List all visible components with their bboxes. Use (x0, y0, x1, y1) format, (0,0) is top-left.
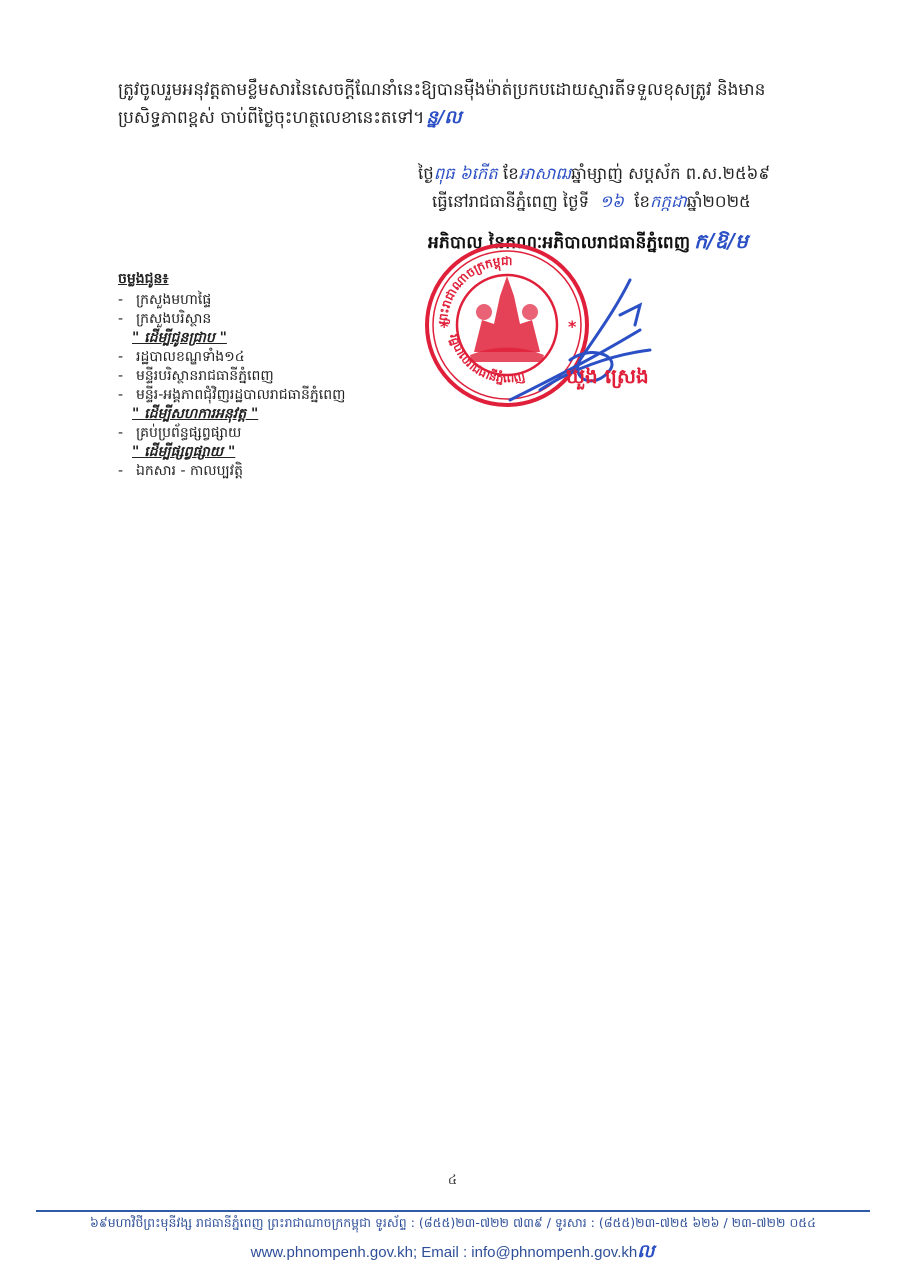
cc-item-text: ក្រសួងមហាផ្ទៃ (136, 292, 211, 308)
footer-divider (36, 1210, 870, 1212)
cc-item-text: ឯកសារ - កាលប្បវត្តិ (136, 463, 243, 479)
closing-paragraph: ត្រូវចូលរួមអនុវត្តតាមខ្លឹមសារនៃសេចក្ដីណែ… (118, 76, 868, 132)
cc-item-text: គ្រប់ប្រព័ន្ធផ្សព្វផ្សាយ (136, 425, 241, 441)
cc-note: " ដើម្បីផ្សព្វផ្សាយ " (118, 443, 418, 462)
cc-item-text: មន្ទីរ-អង្គភាពជុំវិញរដ្ឋបាលរាជធានីភ្នំពេ… (136, 387, 345, 403)
cc-item: -ក្រសួងមហាផ្ទៃ (118, 291, 418, 310)
cc-note: " ដើម្បីជូនជ្រាប " (118, 329, 418, 348)
cc-item: -រដ្ឋបាលខណ្ឌទាំង១៤ (118, 348, 418, 367)
footer-handwritten-initial: ល (637, 1241, 654, 1261)
solar-date-line: ធ្វើនៅរាជធានីភ្នំពេញ ថ្ងៃទី ១៦ ខែកក្កដាឆ… (418, 188, 888, 216)
lunar-date-line: ថ្ងៃពុធ ៦កើត ខែអាសាឍឆ្នាំម្សាញ់ សប្តស័ក … (418, 160, 888, 188)
cc-item: -មន្ទីរ-អង្គភាពជុំវិញរដ្ឋបាលរាជធានីភ្នំព… (118, 386, 418, 405)
paragraph-line-1: ត្រូវចូលរួមអនុវត្តតាមខ្លឹមសារនៃសេចក្ដីណែ… (118, 76, 868, 104)
handwritten-initials: ន្ន/ល (426, 107, 461, 128)
cc-note-text: " ដើម្បីសហការអនុវត្ត " (132, 406, 258, 422)
year-text: ឆ្នាំ២០២៥ (687, 192, 751, 211)
lunar-day-label: ថ្ងៃ (418, 164, 434, 183)
lunar-month-label: ខែ (503, 164, 519, 183)
paragraph-line-2: ប្រសិទ្ធភាពខ្ពស់ ចាប់ពីថ្ងៃចុះហត្ថលេខានេ… (118, 104, 868, 132)
page-number: ៤ (0, 1172, 905, 1191)
title-initials: ក/ឱ/ម (694, 229, 748, 253)
footer-contact: www.phnompenh.gov.kh; Email : info@phnom… (0, 1239, 905, 1266)
cc-item: -ឯកសារ - កាលប្បវត្តិ (118, 462, 418, 481)
cc-item: -ក្រសួងបរិស្ថាន (118, 310, 418, 329)
month-label: ខែ (634, 192, 650, 211)
lunar-year-text: ឆ្នាំម្សាញ់ សប្តស័ក ព.ស.២៥៦៩ (571, 164, 770, 183)
signatory-name: ឃួង ស្រេង (566, 363, 649, 393)
cc-item-text: រដ្ឋបាលខណ្ឌទាំង១៤ (136, 349, 245, 365)
cc-note-text: " ដើម្បីផ្សព្វផ្សាយ " (132, 444, 235, 460)
lunar-month-handwritten: អាសាឍ (519, 164, 571, 183)
copies-to-heading: ចម្លងជូន៖ (118, 270, 418, 289)
day-handwritten: ១៦ (600, 192, 624, 211)
cc-item: -មន្ទីរបរិស្ថានរាជធានីភ្នំពេញ (118, 367, 418, 386)
cc-note-text: " ដើម្បីជូនជ្រាប " (132, 330, 227, 346)
footer-address: ៦៩មហាវិថីព្រះមុនីវង្ស រាជធានីភ្នំពេញ ព្រ… (36, 1215, 870, 1234)
copies-to-list: ចម្លងជូន៖ -ក្រសួងមហាផ្ទៃ -ក្រសួងបរិស្ថាន… (118, 270, 418, 481)
date-block: ថ្ងៃពុធ ៦កើត ខែអាសាឍឆ្នាំម្សាញ់ សប្តស័ក … (418, 160, 888, 216)
cc-item-text: ក្រសួងបរិស្ថាន (136, 311, 211, 327)
place-date-label: ធ្វើនៅរាជធានីភ្នំពេញ ថ្ងៃទី (432, 192, 589, 211)
cc-item: -គ្រប់ប្រព័ន្ធផ្សព្វផ្សាយ (118, 424, 418, 443)
cc-item-text: មន្ទីរបរិស្ថានរាជធានីភ្នំពេញ (136, 368, 274, 384)
footer-web-email: www.phnompenh.gov.kh; Email : info@phnom… (251, 1244, 638, 1261)
lunar-day-handwritten: ពុធ ៦កើត (434, 164, 498, 183)
paragraph-line-2-text: ប្រសិទ្ធភាពខ្ពស់ ចាប់ពីថ្ងៃចុះហត្ថលេខានេ… (118, 108, 424, 128)
month-handwritten: កក្កដា (650, 192, 687, 211)
document-page: ត្រូវចូលរួមអនុវត្តតាមខ្លឹមសារនៃសេចក្ដីណែ… (0, 0, 905, 1280)
cc-note: " ដើម្បីសហការអនុវត្ត " (118, 405, 418, 424)
